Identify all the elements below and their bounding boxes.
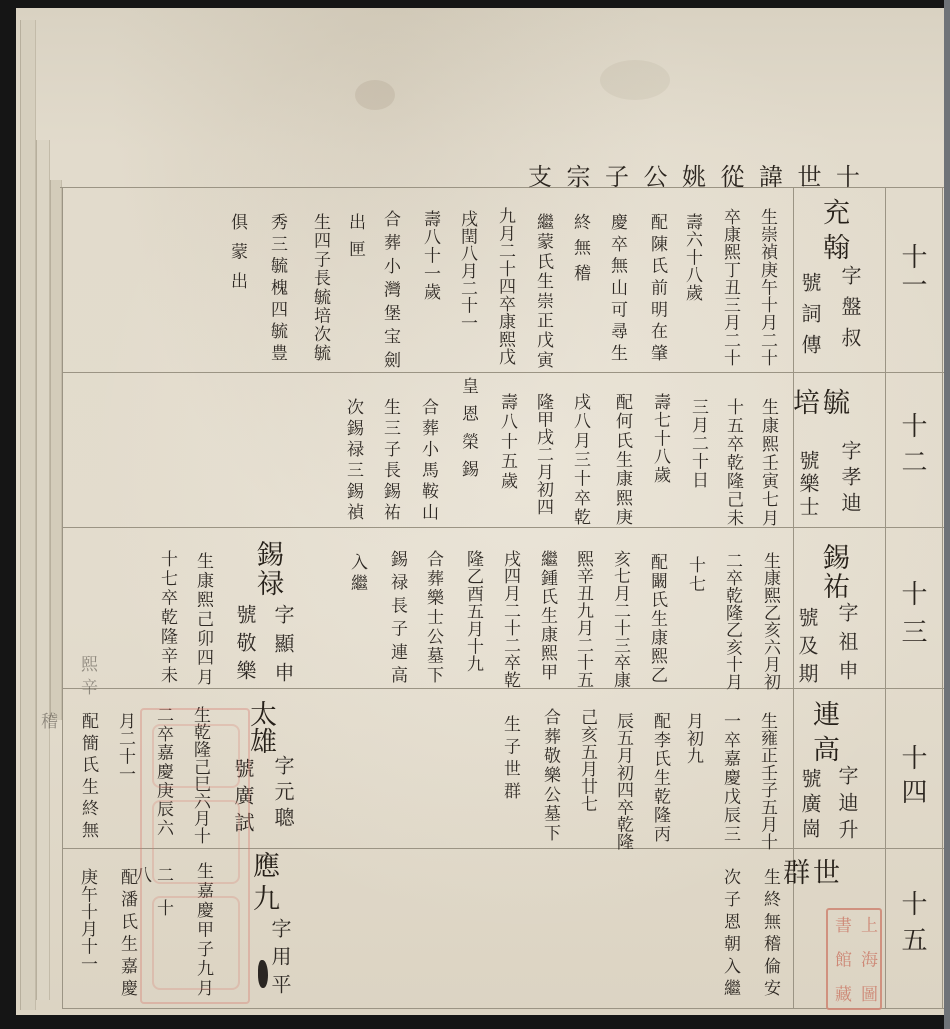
entry-line: 配陳氏前明在肇 — [646, 213, 668, 361]
page-edge — [944, 0, 950, 1029]
entry-line: 出匣 — [344, 213, 366, 257]
courtesy-name: 字用平 — [268, 918, 292, 994]
row-divider — [62, 372, 944, 373]
generation-column-rule — [885, 187, 886, 1009]
courtesy-name: 字迪升 — [835, 765, 859, 839]
entry-line: 戌閏八月二十一 — [456, 210, 478, 331]
torn-edge-strip — [20, 20, 36, 1010]
row-divider — [62, 527, 944, 528]
generation-label: 十二 — [897, 412, 927, 474]
faded-margin-text: 稽 — [36, 712, 58, 734]
entry-line: 生雍正壬子五月十 — [756, 712, 778, 850]
entry-line: 十七卒乾隆辛未 — [156, 550, 178, 683]
generation-label: 十一 — [897, 243, 927, 297]
seal-text-left: 書館藏 — [831, 916, 851, 1002]
entry-line: 九月二十四卒康熙戊 — [494, 207, 516, 365]
entry-line: 生終無稽倫安 — [759, 868, 781, 996]
entry-line: 壽八十一歲 — [419, 210, 441, 300]
generation-label: 十四 — [897, 744, 927, 804]
entry-line: 配潘氏生嘉慶 — [116, 868, 138, 996]
entry-line: 辰五月初四卒乾隆 — [612, 712, 634, 850]
entry-line: 一卒嘉慶戊辰三 — [719, 712, 741, 842]
courtesy-name: 字顯申 — [271, 604, 295, 682]
entry-line: 配闞氏生康熙乙 — [646, 553, 668, 683]
entry-line: 次子恩朝入繼 — [719, 868, 741, 996]
entry-line: 二卒乾隆乙亥十月 — [721, 552, 743, 690]
entry-line: 合葬敬樂公墓下 — [539, 708, 561, 841]
entry-line: 生康熙壬寅七月 — [757, 398, 779, 526]
entry-line: 壽八十五歲 — [496, 393, 518, 489]
style-name: 號樂士 — [796, 450, 820, 516]
faded-margin-text: 熙辛 — [76, 655, 98, 695]
entry-line: 己亥五月廿七 — [576, 708, 598, 812]
entry-line: 三月二十日 — [687, 398, 709, 488]
entry-line: 熙辛丑九月二十五 — [572, 550, 594, 688]
style-name: 號詞傳 — [798, 272, 822, 354]
entry-line: 配簡氏生終無 — [77, 712, 99, 838]
entry-line: 亥七月二十三卒康 — [609, 550, 631, 688]
entry-line: 庚午十月十一 — [76, 868, 98, 972]
entry-line: 生康熙乙亥六月初 — [759, 552, 781, 690]
generation-label: 十五 — [897, 890, 927, 952]
entry-line: 合葬小馬鞍山 — [417, 398, 439, 520]
entry-line: 卒康熙丁丑三月二十 — [719, 208, 741, 366]
style-name: 號廣崗 — [798, 768, 822, 838]
entry-line: 配何氏生康熙庚 — [611, 393, 633, 525]
library-seal-large — [140, 708, 250, 1004]
paper-stain — [355, 80, 395, 110]
seal-glyph-frame — [152, 800, 240, 884]
person-name: 世群 — [808, 858, 838, 910]
entry-line: 終無稽 — [569, 213, 591, 281]
entry-line: 壽七十八歲 — [649, 393, 671, 483]
courtesy-name: 字元聰 — [271, 755, 295, 827]
courtesy-name: 字盤叔 — [838, 265, 862, 347]
name-column-rule — [793, 187, 794, 1009]
entry-line: 十五卒乾隆己未 — [722, 398, 744, 526]
person-name: 連高 — [808, 700, 838, 762]
entry-line: 隆甲戌二月初四 — [532, 393, 554, 515]
entry-line: 合葬樂士公墓下 — [422, 550, 444, 683]
torn-edge-strip — [36, 140, 50, 1000]
torn-edge-strip — [50, 180, 62, 720]
left-border-rule — [62, 187, 63, 1009]
entry-line: 繼蒙氏生崇正戊寅 — [532, 213, 554, 368]
seal-glyph-frame — [152, 896, 240, 990]
page-title: 十世諱從姚公子宗支 — [528, 157, 860, 192]
entry-line: 慶卒無山可尋生 — [606, 213, 628, 361]
paper-stain — [600, 60, 670, 100]
genealogy-page: 十世諱從姚公子宗支 十一 十二 十三 十四 十五 充翰 字盤叔 號詞傳 生崇禎庚… — [0, 0, 950, 1029]
entry-line: 壽六十八歲 — [681, 213, 703, 301]
entry-line: 戌八月三十卒乾 — [569, 393, 591, 525]
entry-line: 生四子長毓培次毓 — [309, 213, 331, 361]
courtesy-name: 字孝迪 — [838, 440, 862, 512]
entry-line-honorific: 皇恩榮錫 — [457, 377, 479, 477]
generation-label: 十三 — [897, 580, 927, 644]
entry-line: 俱蒙出 — [226, 213, 248, 289]
entry-line: 月初九 — [682, 712, 704, 764]
person-name: 毓培 — [818, 388, 848, 440]
bottom-rule — [62, 1008, 944, 1009]
entry-line: 隆乙酉五月十九 — [462, 550, 484, 672]
entry-line: 繼鍾氏生康熙甲 — [536, 550, 558, 680]
entry-line: 合葬小灣堡宝劍 — [379, 210, 401, 368]
right-border-rule — [942, 187, 943, 1009]
entry-line: 次錫禄三錫禎 — [342, 398, 364, 520]
entry-line: 生康熙己卯四月 — [192, 552, 214, 685]
entry-line: 十七 — [684, 556, 706, 592]
entry-line: 配李氏生乾隆丙 — [649, 712, 671, 842]
person-name: 錫祐 — [818, 543, 848, 599]
person-name: 應九 — [248, 851, 278, 911]
entry-line: 入繼 — [346, 553, 368, 591]
seal-text-right: 上海圖 — [857, 916, 877, 1002]
style-name: 號及期 — [795, 607, 819, 683]
courtesy-name: 字祖申 — [835, 602, 859, 680]
library-seal: 上海圖 書館藏 — [826, 908, 882, 1010]
row-divider — [62, 688, 944, 689]
entry-line: 生三子長錫祐 — [379, 398, 401, 520]
entry-line: 錫禄長子連高 — [386, 550, 408, 683]
style-name: 號敬樂 — [233, 604, 257, 680]
person-name: 充翰 — [818, 198, 848, 260]
entry-line: 月二十一 — [114, 712, 136, 782]
person-name: 錫禄 — [252, 540, 282, 596]
entry-line: 戌四月二十二卒乾 — [499, 550, 521, 688]
entry-line: 秀三毓槐四毓豊 — [266, 213, 288, 361]
ink-blot — [258, 960, 268, 988]
entry-line: 生崇禎庚午十月二十 — [756, 208, 778, 366]
entry-line: 生子世群 — [499, 715, 521, 799]
seal-glyph-frame — [152, 724, 240, 788]
